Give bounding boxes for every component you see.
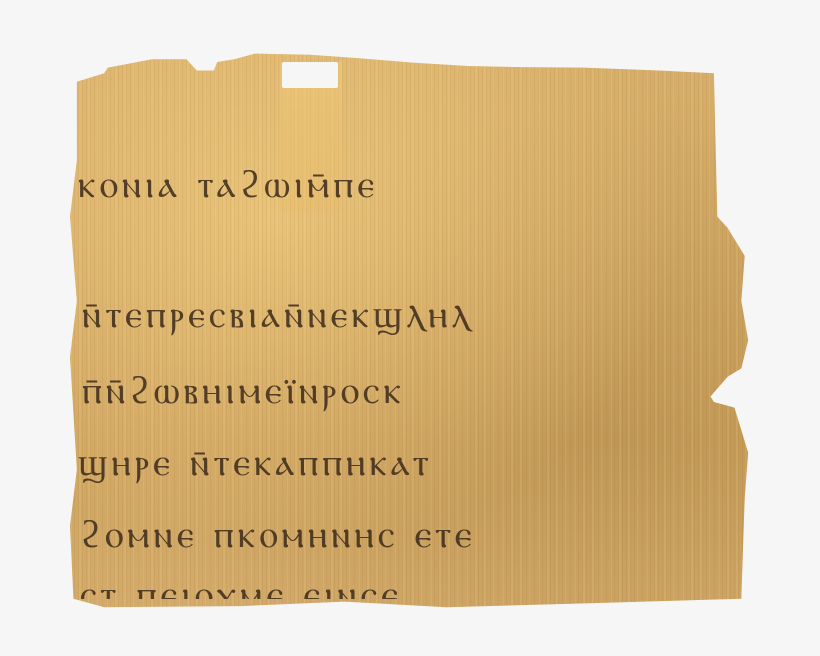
text-line-5: ϩⲟⲙⲛⲉ ⲡⲕⲟⲙⲏⲛⲏⲥ ⲉⲧⲉ (80, 512, 476, 557)
text-line-3: ⲡ̄ⲛ̄ϩⲱⲃⲏⲓⲙⲉⲓ̈ⲛⲣⲟⲥⲕ (82, 368, 405, 413)
papyrus-hole (282, 62, 338, 88)
text-line-4: ϣⲏⲣⲉ ⲛ̄ⲧⲉⲕⲁⲡⲡⲏⲕⲁⲧ (78, 440, 433, 485)
text-line-2: ⲛ̄ⲧⲉⲡⲣⲉⲥⲃⲓⲁⲛ̄ⲛⲉⲕϣⲗⲏⲗ (82, 292, 474, 337)
text-line-6: ⲥⲧ ⲡⲉⲓⲟⲩⲙⲉ ⲉⲓⲛⲥⲉ (80, 572, 402, 617)
text-line-1: ⲕⲟⲛⲓⲁ ⲧⲁϩⲱⲓⲙ̄ⲡⲉ (78, 162, 378, 207)
